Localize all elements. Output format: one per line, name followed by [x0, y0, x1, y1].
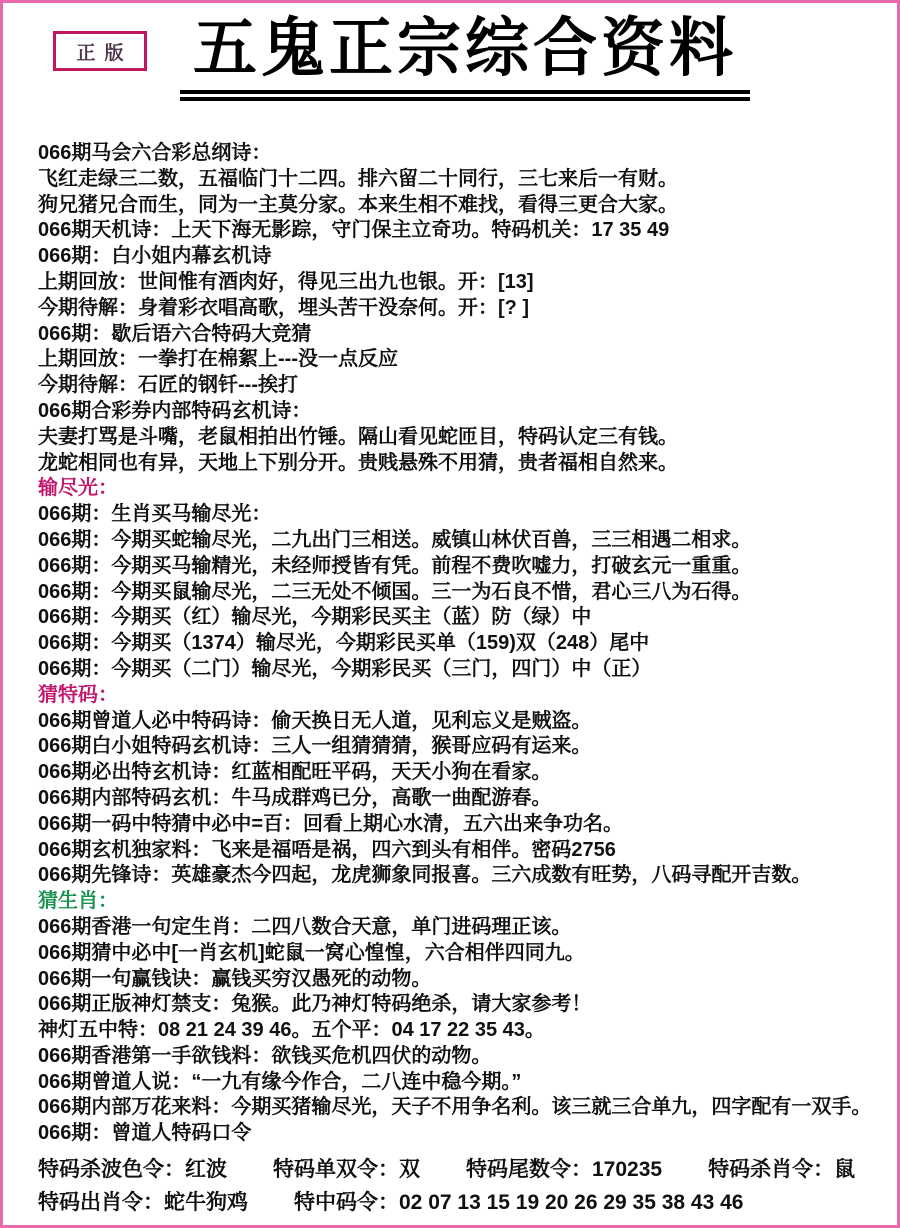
- title-underline-bar-top: [180, 90, 750, 94]
- text-line: 066期：今期买（红）输尽光，今期彩民买主（蓝）防（绿）中: [38, 605, 879, 631]
- text-line: 夫妻打骂是斗嘴，老鼠相拍出竹锤。隔山看见蛇匝目，特码认定三有钱。: [38, 425, 879, 451]
- footer-command: 特码尾数令：170235: [466, 1153, 662, 1186]
- footer-command: 特码出肖令：蛇牛狗鸡: [38, 1186, 248, 1219]
- footer-command: 特中码令：02 07 13 15 19 20 26 29 35 38 43 46: [294, 1186, 743, 1219]
- text-line: 神灯五中特：08 21 24 39 46。五个平：04 17 22 35 43。: [38, 1018, 879, 1044]
- text-line: 066期：歇后语六合特码大竞猜: [38, 322, 879, 348]
- text-line: 066期：白小姐内幕玄机诗: [38, 244, 879, 270]
- text-line: 今期待解：身着彩衣唱高歌，埋头苦干没奈何。开：[? ]: [38, 296, 879, 322]
- text-line: 066期天机诗：上天下海无影踪，守门保主立奇功。特码机关：17 35 49: [38, 218, 879, 244]
- text-line: 066期：今期买蛇输尽光，二九出门三相送。威镇山林伏百兽，三三相遇二相求。: [38, 528, 879, 554]
- footer-command: 特码单双令：双: [273, 1153, 420, 1186]
- text-line: 上期回放：世间惟有酒肉好，得见三出九也银。开：[13]: [38, 270, 879, 296]
- section-header: 猜特码：: [38, 683, 879, 709]
- text-line: 飞红走绿三二数，五福临门十二四。排六留二十同行，三七来后一有财。: [38, 167, 879, 193]
- footer-commands: 特码杀波色令：红波特码单双令：双特码尾数令：170235特码杀肖令：鼠特码出肖令…: [3, 1147, 897, 1219]
- text-line: 066期：生肖买马输尽光：: [38, 502, 879, 528]
- page-title: 五鬼正宗综合资料: [193, 9, 737, 89]
- section-header: 猜生肖：: [38, 889, 879, 915]
- footer-row: 特码杀波色令：红波特码单双令：双特码尾数令：170235特码杀肖令：鼠: [38, 1153, 879, 1186]
- text-line: 066期先锋诗：英雄豪杰今四起，龙虎狮象同报喜。三六成数有旺势，八码寻配开吉数。: [38, 863, 879, 889]
- text-line: 龙蛇相同也有异，天地上下别分开。贵贱悬殊不用猜，贵者福相自然来。: [38, 451, 879, 477]
- text-line: 上期回放：一拳打在棉絮上---没一点反应: [38, 347, 879, 373]
- text-line: 066期猜中必中[一肖玄机]蛇鼠一窝心惶惶，六合相伴四同九。: [38, 941, 879, 967]
- text-line: 066期内部特码玄机：牛马成群鸡已分，高歌一曲配游春。: [38, 786, 879, 812]
- text-line: 066期正版神灯禁支：兔猴。此乃神灯特码绝杀，请大家参考！: [38, 992, 879, 1018]
- text-line: 066期马会六合彩总纲诗：: [38, 141, 879, 167]
- text-line: 066期一码中特猜中必中=百：回看上期心水清，五六出来争功名。: [38, 812, 879, 838]
- text-line: 066期必出特玄机诗：红蓝相配旺平码，天天小狗在看家。: [38, 760, 879, 786]
- text-line: 066期：今期买鼠输尽光，二三无处不倾国。三一为石良不惜，君心三八为石得。: [38, 580, 879, 606]
- text-line: 066期：今期买（1374）输尽光，今期彩民买单（159)双（248）尾中: [38, 631, 879, 657]
- text-line: 066期曾道人说：“一九有缘今作合，二八连中稳今期。”: [38, 1070, 879, 1096]
- page: 正版 五鬼正宗综合资料 066期马会六合彩总纲诗：飞红走绿三二数，五福临门十二四…: [0, 0, 900, 1228]
- footer-row: 特码出肖令：蛇牛狗鸡特中码令：02 07 13 15 19 20 26 29 3…: [38, 1186, 879, 1219]
- text-line: 狗兄猪兄合而生，同为一主莫分家。本来生相不难找，看得三更合大家。: [38, 193, 879, 219]
- text-line: 066期香港一句定生肖：二四八数合天意，单门进码理正该。: [38, 915, 879, 941]
- section-header: 输尽光：: [38, 476, 879, 502]
- text-line: 066期一句赢钱诀：赢钱买穷汉愚死的动物。: [38, 967, 879, 993]
- header: 正版 五鬼正宗综合资料: [3, 3, 897, 135]
- text-line: 066期：今期买（二门）输尽光，今期彩民买（三门，四门）中（正）: [38, 657, 879, 683]
- title-underline-bar-bottom: [180, 97, 750, 101]
- text-line: 066期：今期买马输精光，未经师授皆有凭。前程不费吹嘘力，打破玄元一重重。: [38, 554, 879, 580]
- title-block: 五鬼正宗综合资料: [3, 9, 897, 101]
- footer-command: 特码杀肖令：鼠: [708, 1153, 855, 1186]
- text-line: 066期白小姐特码玄机诗：三人一组猜猜猜，猴哥应码有运来。: [38, 734, 879, 760]
- text-line: 066期香港第一手欲钱料：欲钱买危机四伏的动物。: [38, 1044, 879, 1070]
- text-line: 066期：曾道人特码口令: [38, 1121, 879, 1147]
- text-line: 066期合彩券内部特码玄机诗：: [38, 399, 879, 425]
- text-line: 066期曾道人必中特码诗：偷天换日无人道，见利忘义是贼盗。: [38, 709, 879, 735]
- text-line: 066期内部万花来料：今期买猪输尽光，天子不用争名利。该三就三合单九，四字配有一…: [38, 1095, 879, 1121]
- footer-command: 特码杀波色令：红波: [38, 1153, 227, 1186]
- text-line: 066期玄机独家料：飞来是福唔是祸，四六到头有相伴。密码2756: [38, 838, 879, 864]
- title-underline: [180, 90, 750, 101]
- content-lines: 066期马会六合彩总纲诗：飞红走绿三二数，五福临门十二四。排六留二十同行，三七来…: [3, 135, 897, 1147]
- text-line: 今期待解：石匠的钢钎---挨打: [38, 373, 879, 399]
